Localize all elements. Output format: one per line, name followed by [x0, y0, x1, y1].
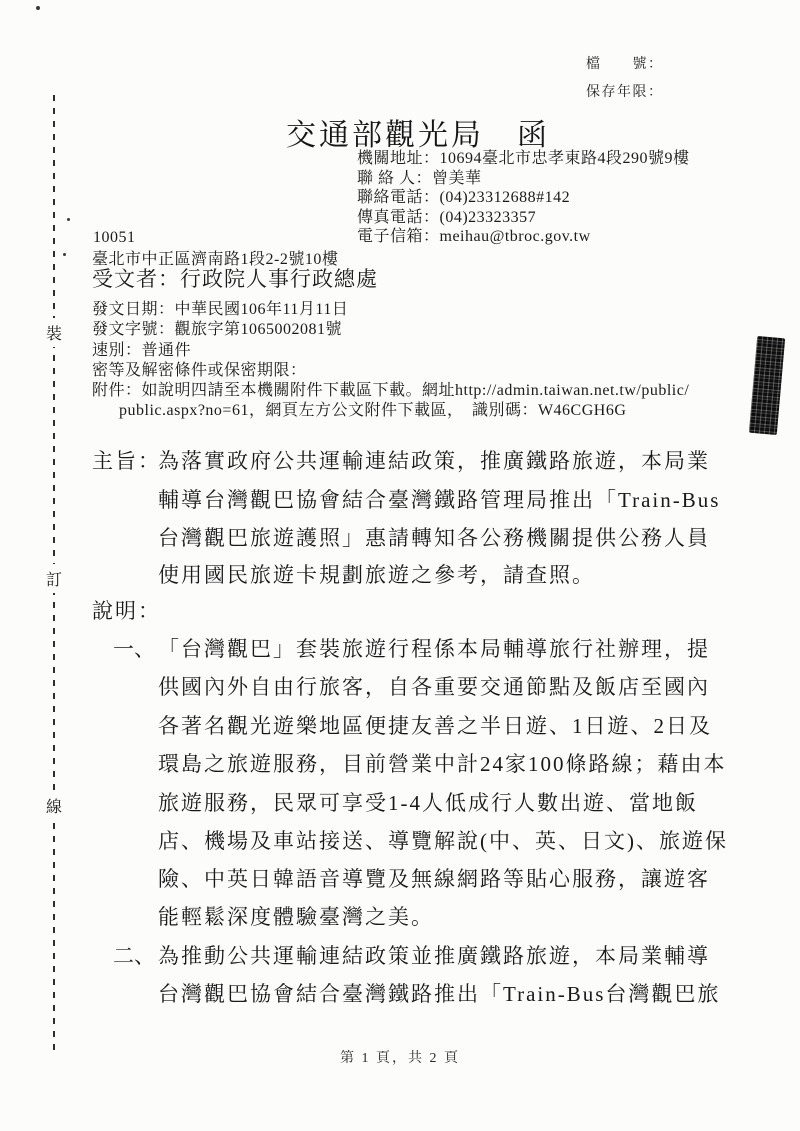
- list-item-1-start: 一、「台灣觀巴」套裝旅遊行程係本局輔導旅行社辦理，提: [113, 633, 710, 663]
- subject-line: 為落實政府公共運輸連結政策，推廣鐵路旅遊，本局業: [158, 445, 710, 475]
- subject-line: 台灣觀巴旅遊護照」惠請轉知各公務機關提供公務人員: [158, 522, 710, 552]
- list-item-text: 為推動公共運輸連結政策並推廣鐵路旅遊，本局業輔導: [158, 944, 710, 968]
- document-meta-block: 發文日期：中華民國106年11月11日 發文字號：觀旅字第1065002081號…: [92, 300, 689, 422]
- list-item-number: 二、: [113, 940, 158, 970]
- list-item-1-line: 環島之旅遊服務，目前營業中計24家100條路線；藉由本: [158, 748, 727, 778]
- file-number-label: 檔 號：: [586, 53, 664, 73]
- subject-label: 主旨：: [92, 445, 161, 475]
- delivery-speed: 速別：普通件: [92, 341, 689, 361]
- staple-margin-label: 訂: [42, 564, 66, 593]
- list-item-1-line: 險、中英日韓語音導覽及無線網路等貼心服務，讓遊客: [158, 863, 710, 893]
- attachment-note-line1: 附件：如說明四請至本機關附件下載區下載。網址http://admin.taiwa…: [92, 381, 689, 401]
- retention-period-label: 保存年限：: [586, 81, 664, 101]
- contact-fax: 傳真電話：(04)23323357: [357, 208, 690, 228]
- list-item-2-start: 二、為推動公共運輸連結政策並推廣鐵路旅遊，本局業輔導: [113, 940, 710, 970]
- security-classification: 密等及解密條件或保密期限：: [92, 361, 689, 381]
- contact-phone: 聯絡電話：(04)23312688#142: [357, 188, 690, 208]
- explanation-label: 說明：: [92, 595, 161, 625]
- agency-contact-block: 機關地址：10694臺北市忠孝東路4段290號9樓 聯 絡 人：曾美華 聯絡電話…: [357, 149, 690, 247]
- thread-margin-label: 線: [42, 791, 66, 820]
- list-item-1-line: 能輕鬆深度體驗臺灣之美。: [158, 901, 434, 931]
- list-item-number: 一、: [113, 633, 158, 663]
- list-item-1-line: 店、機場及車站接送、導覽解說(中、英、日文)、旅遊保: [158, 825, 728, 855]
- list-item-1-line: 各著名觀光遊樂地區便捷友善之半日遊、1日遊、2日及: [158, 710, 712, 740]
- list-item-1-line: 旅遊服務，民眾可享受1-4人低成行人數出遊、當地飯: [158, 787, 698, 817]
- scan-speck: [36, 6, 40, 10]
- list-item-1-line: 供國內外自由行旅客，自各重要交通節點及飯店至國內: [158, 671, 710, 701]
- scan-speck: [63, 253, 66, 256]
- list-item-2-line: 台灣觀巴協會結合臺灣鐵路推出「Train-Bus台灣觀巴旅: [158, 978, 720, 1008]
- recipient-zip: 10051: [93, 229, 136, 247]
- scanned-official-letter-page: 檔 號： 保存年限： 交通部觀光局 函 機關地址：10694臺北市忠孝東路4段2…: [0, 0, 800, 1131]
- recipient-name: 受文者：行政院人事行政總處: [92, 263, 378, 293]
- scan-speck: [67, 218, 70, 221]
- document-title: 交通部觀光局 函: [286, 110, 550, 154]
- attachment-note-line2: public.aspx?no=61，網頁左方公文附件下載區， 識別碼：W46CG…: [92, 401, 689, 421]
- page-number: 第 1 頁，共 2 頁: [0, 1047, 800, 1067]
- document-number: 發文字號：觀旅字第1065002081號: [92, 320, 689, 340]
- agency-address: 機關地址：10694臺北市忠孝東路4段290號9樓: [357, 149, 690, 169]
- issue-date: 發文日期：中華民國106年11月11日: [92, 300, 689, 320]
- illegible-stamp-mark: [749, 336, 785, 435]
- list-item-text: 「台灣觀巴」套裝旅遊行程係本局輔導旅行社辦理，提: [158, 637, 710, 661]
- contact-email: 電子信箱：meihau@tbroc.gov.tw: [357, 227, 690, 247]
- subject-line: 輔導台灣觀巴協會結合臺灣鐵路管理局推出「Train-Bus: [158, 484, 720, 514]
- binding-margin-label: 裝: [42, 318, 66, 347]
- contact-person: 聯 絡 人：曾美華: [357, 169, 690, 189]
- subject-line: 使用國民旅遊卡規劃旅遊之參考，請查照。: [158, 559, 595, 589]
